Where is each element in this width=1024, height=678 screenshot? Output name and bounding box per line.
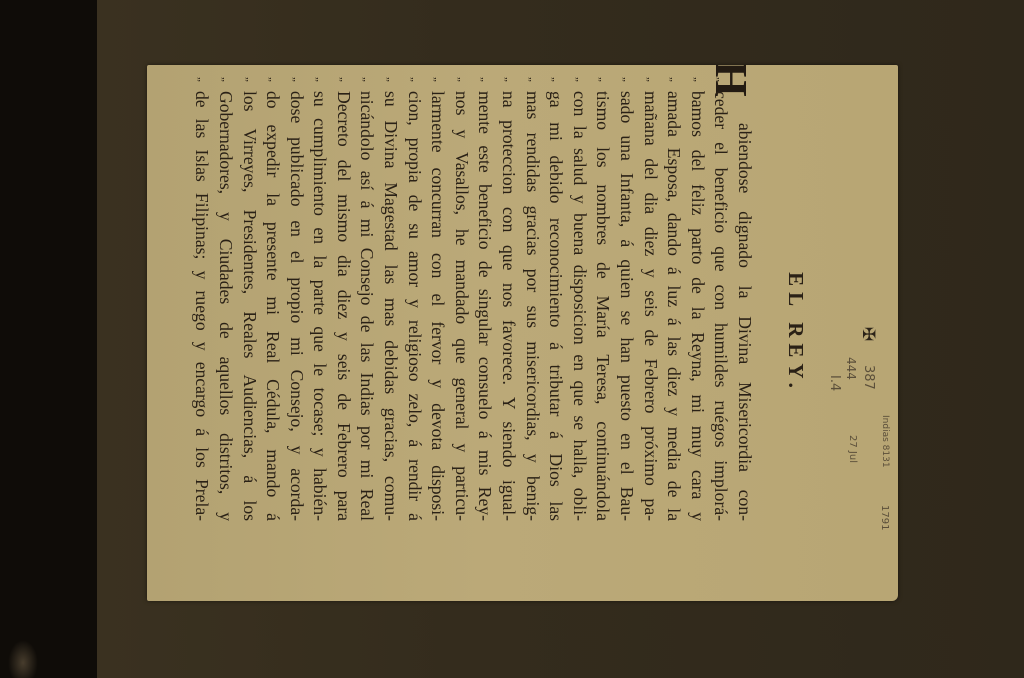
quote-mark: „ xyxy=(261,77,285,82)
text-line: „ga mi debido reconocimiento á tributar … xyxy=(544,91,568,521)
quote-mark: „ xyxy=(709,77,733,82)
text-line: „cion, propia de su amor y religioso zel… xyxy=(402,91,426,521)
quote-mark: „ xyxy=(544,77,568,82)
text-line: „tismo los nombres de María Teresa, cont… xyxy=(591,91,615,521)
text-line: „ceder el beneficio que con humildes rué… xyxy=(709,91,733,521)
text-line: „bamos del feliz parto de la Reyna, mi m… xyxy=(685,91,709,521)
quote-mark: „ xyxy=(638,77,662,82)
quote-mark: „ xyxy=(355,77,379,82)
text-line: „na proteccion con que nos favorece. Y s… xyxy=(496,91,520,521)
quote-mark: „ xyxy=(237,77,261,82)
text-line: „sado una Infanta, á quien se han puesto… xyxy=(614,91,638,521)
quote-mark: „ xyxy=(379,77,403,82)
quote-mark: „ xyxy=(662,77,686,82)
quote-mark: „ xyxy=(213,77,237,82)
quote-mark: „ xyxy=(190,77,214,82)
quote-mark: „ xyxy=(591,77,615,82)
text-line: „amada Esposa, dando á luz á las diez y … xyxy=(662,91,686,521)
text-line: „con la salud y buena disposicion en que… xyxy=(567,91,591,521)
quote-mark: „ xyxy=(426,77,450,82)
text-line: „nos y Vasallos, he mandado que general … xyxy=(449,91,473,521)
quote-mark: „ xyxy=(449,77,473,82)
quote-mark: „ xyxy=(496,77,520,82)
text-line: „los Virreyes, Presidentes, Reales Audie… xyxy=(237,91,261,521)
quote-mark: „ xyxy=(331,77,355,82)
document-title: EL REY. xyxy=(783,65,808,601)
quote-mark: „ xyxy=(402,77,426,82)
handwritten-note: 444 xyxy=(844,357,858,380)
cross-ornament-icon: ✠ xyxy=(858,325,878,343)
light-reflection xyxy=(8,640,38,678)
text-line: „dose publicado en el propio mi Consejo,… xyxy=(284,91,308,521)
handwritten-note: I.4 xyxy=(827,375,842,391)
handwritten-note: 27 Jul xyxy=(847,435,858,463)
text-line: „su Divina Magestad las mas debidas grac… xyxy=(379,91,403,521)
dark-background xyxy=(0,0,97,678)
quote-mark: „ xyxy=(567,77,591,82)
text-line: „mente este beneficio de singular consue… xyxy=(473,91,497,521)
quote-mark: „ xyxy=(284,77,308,82)
rotated-document-content: 387 444 I.4 Indias 8131 27 Jul 1791 ✠ EL… xyxy=(147,65,898,601)
text-line: „su cumplimiento en la parte que le toca… xyxy=(308,91,332,521)
text-line: „larmente concurran con el fervor y devo… xyxy=(426,91,450,521)
text-line: „do expedir la presente mi Real Cédula, … xyxy=(261,91,285,521)
text-line: „Decreto del mismo dia diez y seis de Fe… xyxy=(331,91,355,521)
handwritten-note: 387 xyxy=(861,365,876,390)
text-line: abiendose dignado la Divina Misericordia… xyxy=(732,91,756,521)
text-line: „Gobernadores, y Ciudades de aquellos di… xyxy=(213,91,237,521)
quote-mark: „ xyxy=(308,77,332,82)
quote-mark: „ xyxy=(520,77,544,82)
quote-mark: „ xyxy=(473,77,497,82)
text-line: „de las Islas Filipinas; y ruego y encar… xyxy=(190,91,214,521)
quote-mark: „ xyxy=(614,77,638,82)
text-line: „nicándolo así á mi Consejo de las India… xyxy=(355,91,379,521)
document-body: abiendose dignado la Divina Misericordia… xyxy=(190,91,756,521)
quote-mark: „ xyxy=(685,77,709,82)
handwritten-note: Indias 8131 xyxy=(880,415,890,468)
document-page: 387 444 I.4 Indias 8131 27 Jul 1791 ✠ EL… xyxy=(147,65,898,601)
text-line: „mas rendidas gracias por sus misericord… xyxy=(520,91,544,521)
handwritten-note: 1791 xyxy=(879,505,890,530)
text-line: „mañana del dia diez y seis de Febrero p… xyxy=(638,91,662,521)
